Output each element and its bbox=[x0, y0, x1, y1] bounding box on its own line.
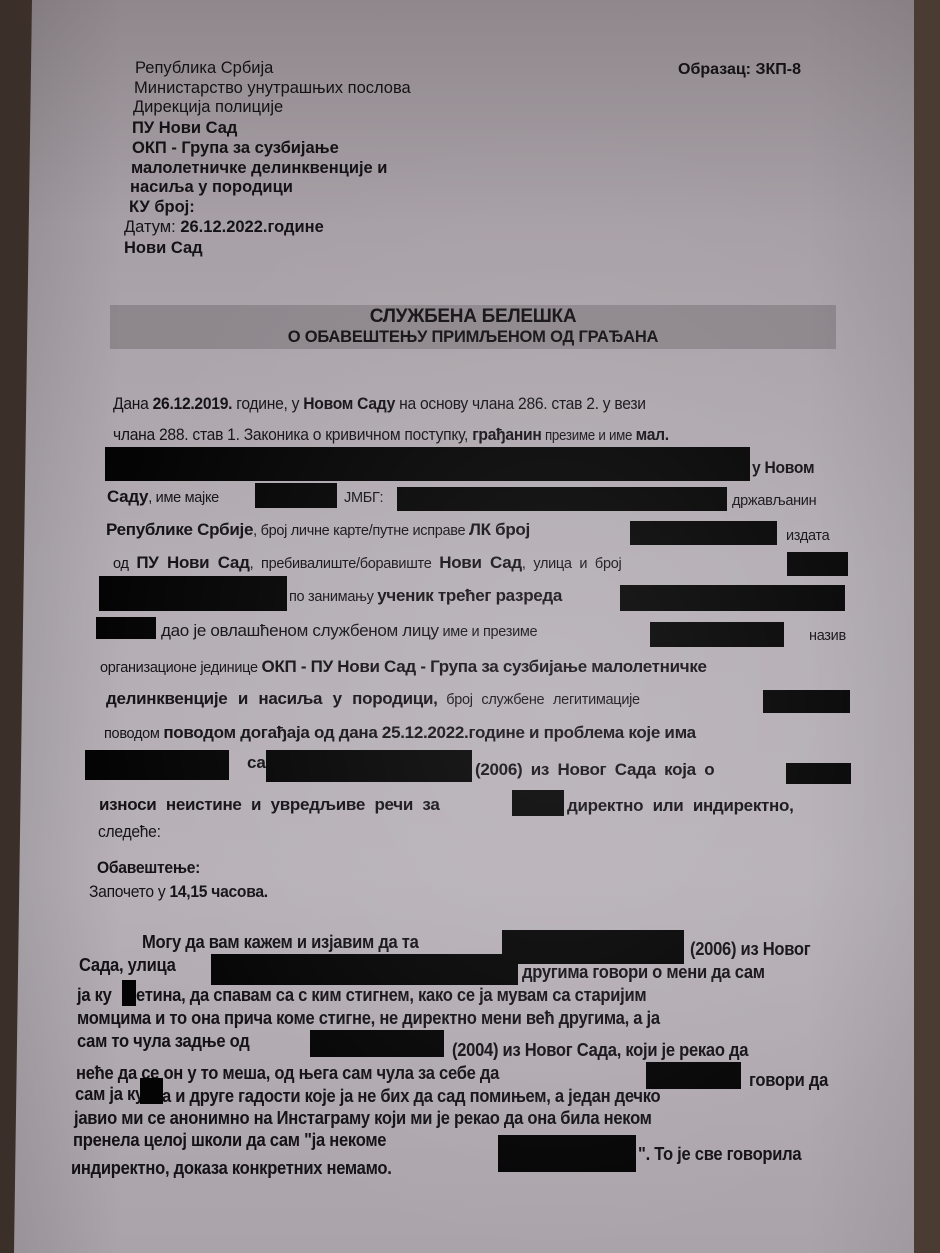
redaction-school-cont bbox=[96, 617, 156, 639]
statement-line-2b: другима говори о мени да сам bbox=[522, 962, 765, 983]
statement-date: 26.12.2019. bbox=[153, 394, 233, 413]
form-line-12: (2006) из Новог Сада која о bbox=[475, 760, 714, 780]
header-city: Нови Сад bbox=[124, 239, 203, 259]
form-line-13b: директно или индиректно, bbox=[567, 796, 794, 816]
header-directorate: Дирекција полиције bbox=[133, 98, 283, 118]
jmbg-label: ЈМБГ: bbox=[344, 490, 383, 506]
statement-line-7b: а и друге гадости које ја не бих да сад … bbox=[162, 1086, 660, 1107]
statement-line-1a: Могу да вам кажем и изјавим да та bbox=[142, 932, 419, 953]
statement-line-7a: сам ја ку bbox=[75, 1084, 144, 1105]
header-case-number-label: КУ број: bbox=[129, 198, 195, 218]
title-band: СЛУЖБЕНА БЕЛЕШКА О ОБАВЕШТЕЊУ ПРИМЉЕНОМ … bbox=[110, 305, 836, 349]
event-description: поводом догађаја од дана 25.12.2022.годи… bbox=[163, 723, 695, 742]
form-code: Образац: ЗКП-8 bbox=[678, 61, 801, 79]
statement-line-10: индиректно, доказа конкретних немамо. bbox=[71, 1158, 392, 1179]
statement-line-5a: сам то чула задње од bbox=[77, 1031, 249, 1052]
statement-line-2a: Сада, улица bbox=[79, 955, 176, 976]
issued-label: издата bbox=[786, 528, 829, 544]
redaction-statement-1 bbox=[502, 930, 684, 964]
form-line-5: Републике Србије, број личне карте/путне… bbox=[106, 520, 530, 540]
statement-line-1b: (2006) из Новог bbox=[690, 939, 810, 960]
statement-line-4: момцима и то она прича коме стигне, не д… bbox=[77, 1008, 660, 1029]
header-date: Датум: 26.12.2022.године bbox=[124, 218, 324, 238]
form-line-9: организационе јединице ОКП - ПУ Нови Сад… bbox=[100, 657, 707, 677]
header-group-line2: малолетничке делинквенције и bbox=[131, 159, 387, 179]
header-group-line1: ОКП - Група за сузбијање bbox=[132, 139, 339, 159]
form-line-12-sa: са bbox=[247, 753, 266, 773]
redaction-id-number bbox=[630, 521, 777, 545]
form-line-2: члана 288. став 1. Законика о кривичном … bbox=[113, 425, 669, 445]
redaction-badge-number bbox=[763, 690, 850, 713]
redaction-statement-person-5 bbox=[646, 1062, 741, 1089]
form-line-10: делинквенције и насиља у породици, број … bbox=[106, 689, 640, 709]
redaction-person-1 bbox=[85, 750, 229, 780]
form-line-7: по занимању ученик трећег разреда bbox=[289, 586, 562, 606]
statement-line-9a: пренела целој школи да сам "ја некоме bbox=[73, 1130, 386, 1151]
redaction-school bbox=[620, 585, 845, 611]
redaction-statement-street bbox=[211, 954, 518, 985]
document-page: Република Србија Министарство унутрашњих… bbox=[14, 0, 914, 1253]
header-ministry: Министарство унутрашњих послова bbox=[134, 79, 411, 99]
redaction-person-3 bbox=[786, 763, 851, 784]
started-time: 14,15 часова. bbox=[169, 882, 267, 901]
statement-line-6b: говори да bbox=[749, 1070, 828, 1091]
header-group-line3: насиља у породици bbox=[130, 178, 293, 198]
form-line-1: Дана 26.12.2019. годинe, у Новом Саду на… bbox=[113, 394, 646, 414]
redaction-statement-word-2 bbox=[140, 1078, 163, 1104]
statement-line-3b: етина, да спавам са с ким стигнем, како … bbox=[136, 985, 646, 1006]
redaction-officer-name bbox=[650, 622, 784, 647]
form-line-14: следеће: bbox=[98, 822, 161, 842]
redaction-statement-person-2004 bbox=[310, 1030, 444, 1057]
redaction-name-birth bbox=[105, 447, 750, 481]
header-date-label: Датум: bbox=[124, 218, 176, 236]
document-title: СЛУЖБЕНА БЕЛЕШКА bbox=[110, 306, 836, 328]
form-line-4: Саду, име мајке bbox=[107, 487, 219, 507]
statement-line-3a: ја ку bbox=[77, 985, 112, 1006]
form-line-13a: износи неистине и увредљиве речи за bbox=[99, 795, 439, 815]
document-subtitle: О ОБАВЕШТЕЊУ ПРИМЉЕНОМ ОД ГРАЂАНА bbox=[110, 328, 836, 347]
citizenship-label: држављанин bbox=[732, 493, 816, 509]
statement-line-5b: (2004) из Новог Сада, који је рекао да bbox=[452, 1040, 748, 1061]
redaction-person-2 bbox=[266, 750, 472, 782]
header-police-unit: ПУ Нови Сад bbox=[132, 119, 237, 139]
redaction-address bbox=[99, 576, 287, 611]
form-line-3-born: у Новом bbox=[752, 458, 814, 478]
redaction-jmbg bbox=[397, 487, 727, 511]
redaction-statement-word-1 bbox=[122, 980, 136, 1006]
header-date-value: 26.12.2022.године bbox=[180, 218, 323, 236]
form-line-11: поводом поводом догађаја од дана 25.12.2… bbox=[104, 723, 696, 743]
redaction-street-number bbox=[787, 552, 848, 576]
naziv-label: назив bbox=[809, 628, 846, 644]
statement-line-8: јавио ми се анонимно на Инстаграму који … bbox=[74, 1108, 652, 1129]
form-line-8: дао је овлашћеном службеном лицу име и п… bbox=[161, 621, 537, 641]
statement-line-9b: ". То је све говорила bbox=[638, 1144, 801, 1165]
header-republic: Република Србија bbox=[135, 59, 273, 79]
occupation-value: ученик трећег разреда bbox=[377, 586, 562, 605]
started-at: Започето у 14,15 часова. bbox=[89, 882, 268, 902]
redaction-person-4 bbox=[512, 790, 564, 816]
form-line-6: од ПУ Нови Сад, пребивалиште/боравиште Н… bbox=[113, 553, 621, 573]
redaction-statement-quote bbox=[498, 1135, 636, 1172]
notice-label: Обавештење: bbox=[97, 858, 200, 878]
redaction-mother-name bbox=[255, 483, 337, 508]
